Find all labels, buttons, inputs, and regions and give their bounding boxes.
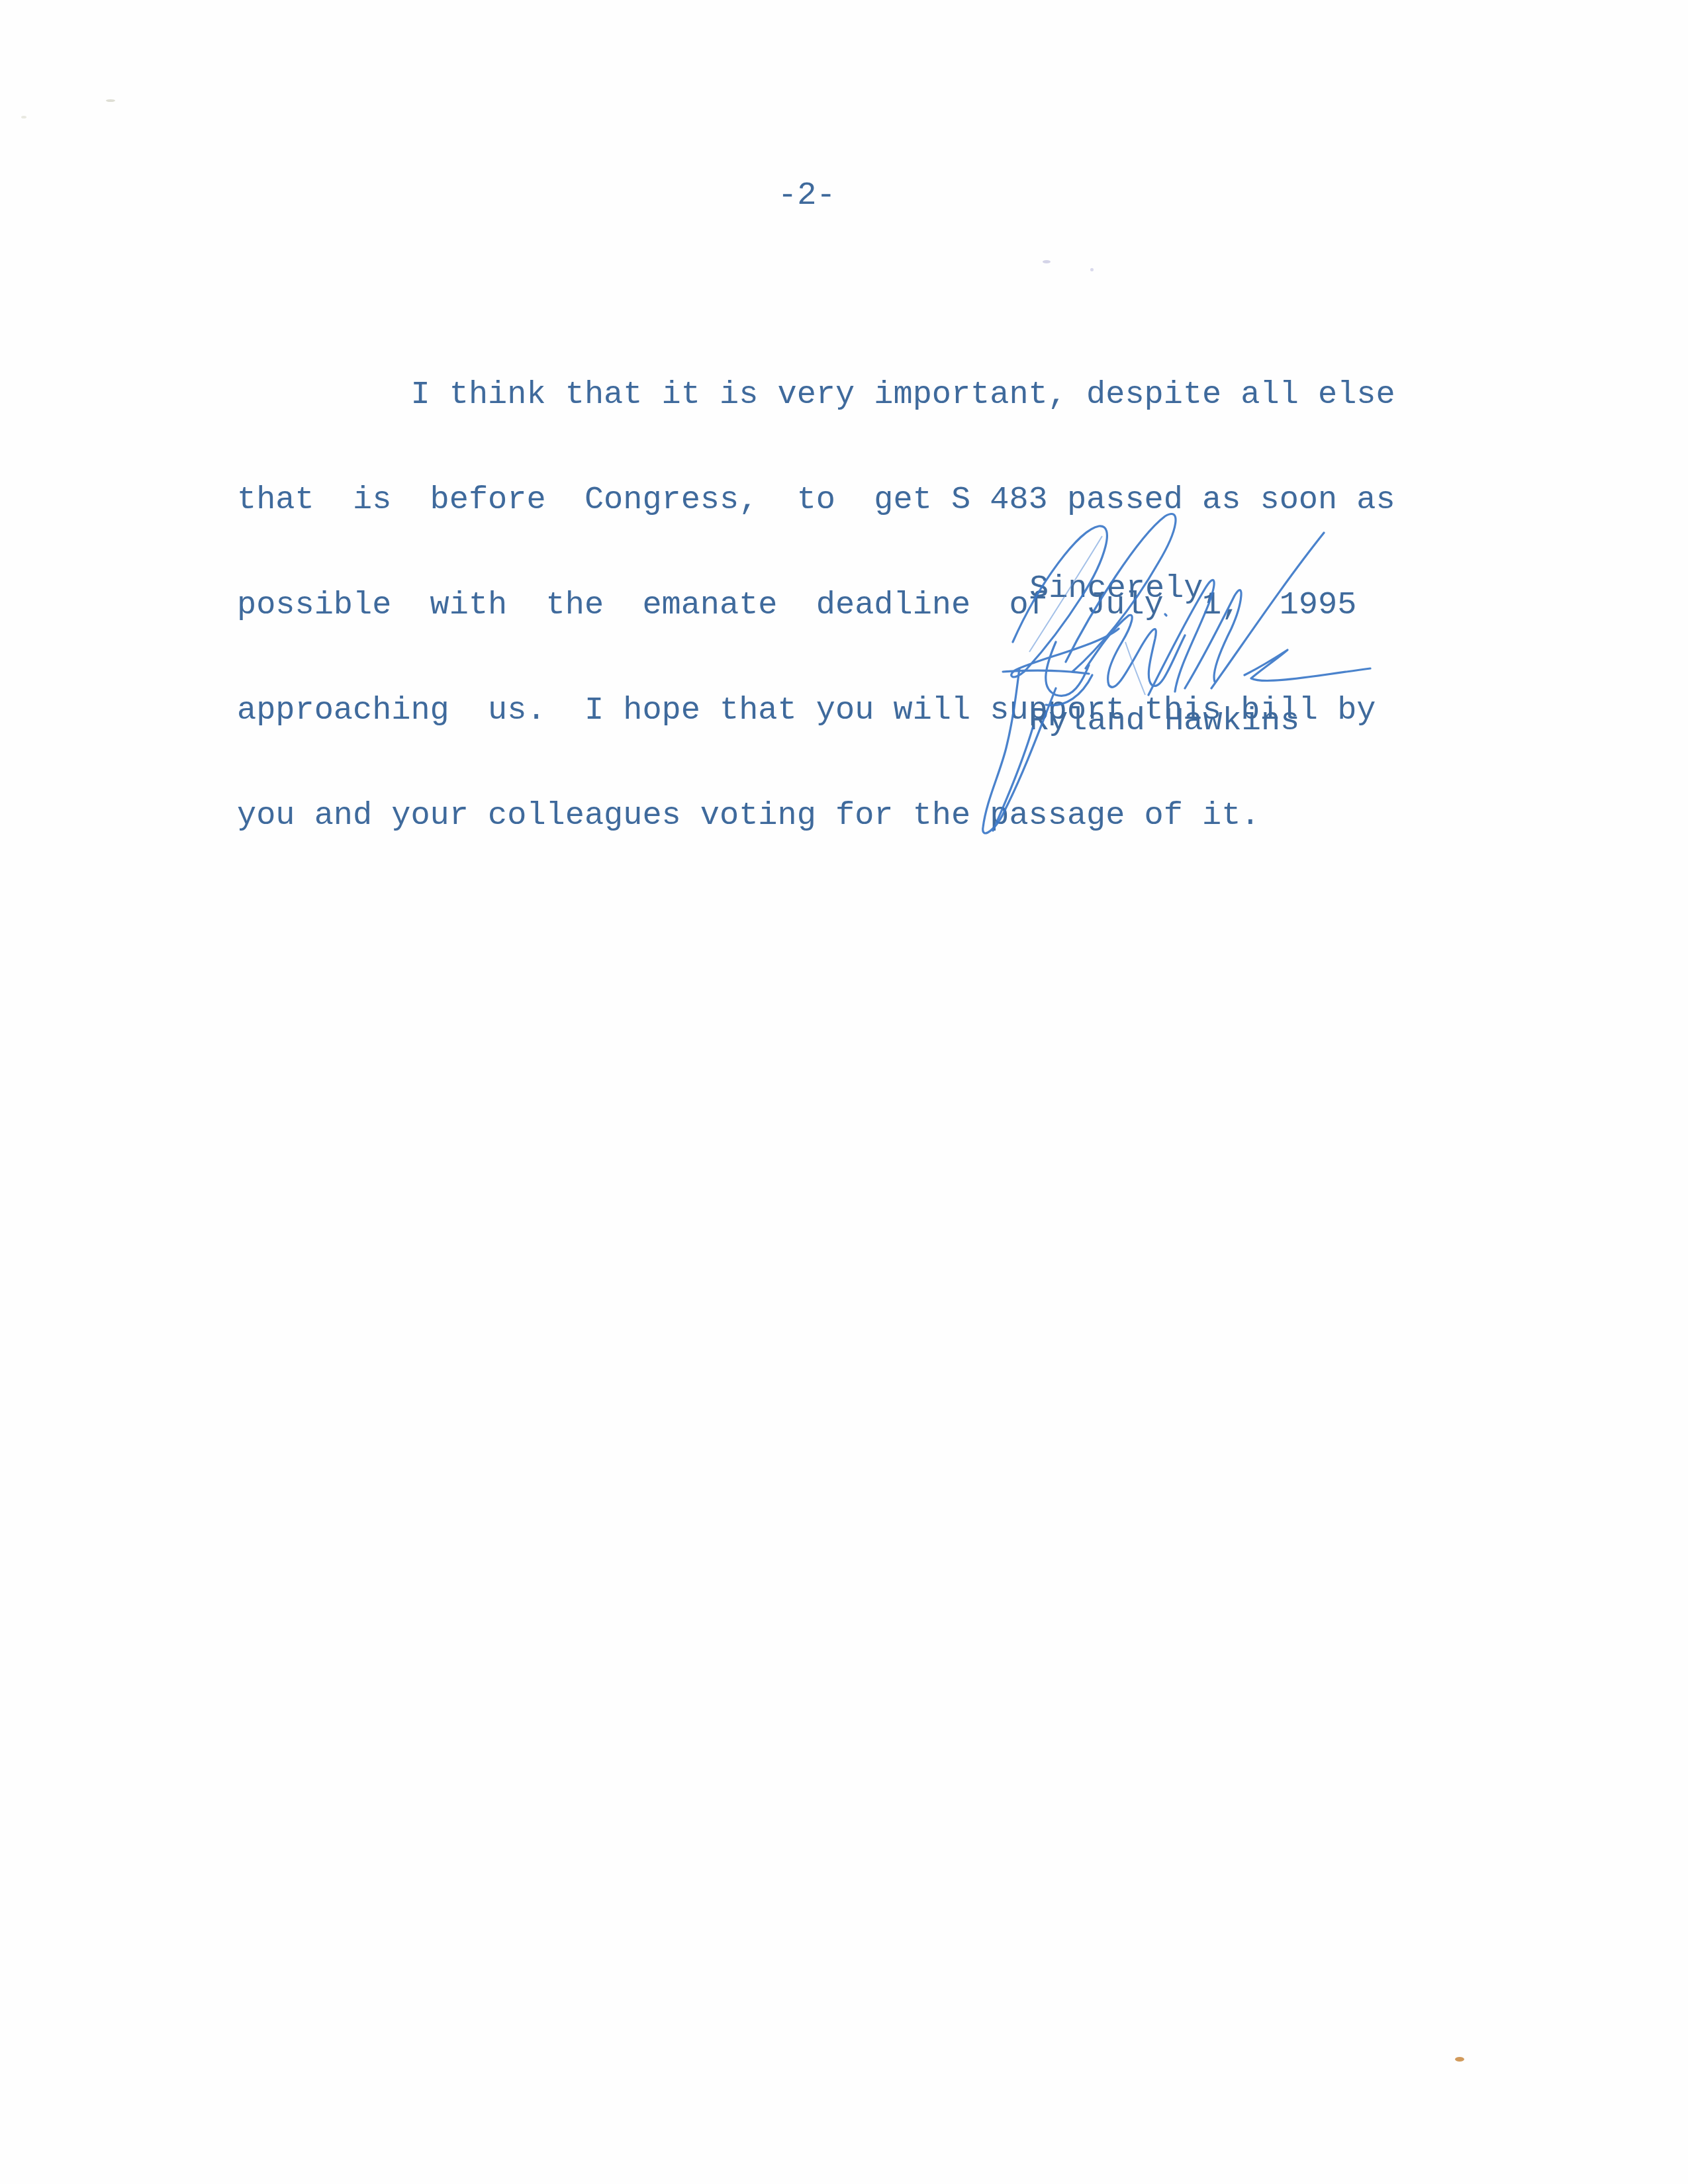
closing-salutation: Sincerely, [1029, 570, 1223, 607]
paper-blemish [21, 116, 26, 118]
body-line: that is before Congress, to get S 483 pa… [237, 484, 1429, 516]
letter-page: -2- I think that it is very important, d… [0, 0, 1688, 2184]
body-line: you and your colleagues voting for the p… [237, 799, 1429, 832]
paper-blemish [1090, 268, 1094, 271]
page-number: -2- [778, 177, 835, 214]
letter-body: I think that it is very important, despi… [237, 306, 1429, 905]
paper-blemish [1043, 260, 1051, 263]
paper-blemish [106, 99, 115, 102]
body-line: possible with the emanate deadline of Ju… [237, 589, 1429, 621]
signer-name: Ryland Hawkins [1029, 703, 1299, 739]
body-line: I think that it is very important, despi… [237, 379, 1429, 411]
paper-blemish [1455, 2057, 1464, 2062]
